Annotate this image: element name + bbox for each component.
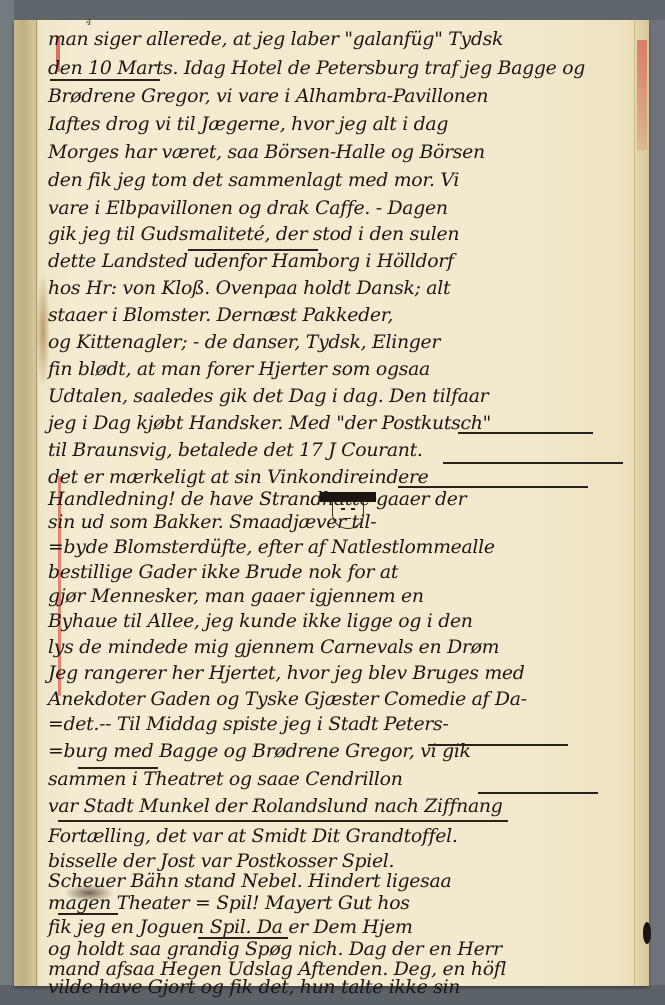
text-line: hos Hr: von Kloß. Ovenpaa holdt Dansk; a… [48, 277, 633, 299]
page-number: 4 [86, 18, 92, 28]
text-line: vare i Elbpavillonen og drak Caffe. - Da… [48, 197, 633, 219]
text-line: og Kittenagler; - de danser, Tydsk, Elin… [48, 331, 633, 353]
underline-rule [443, 462, 623, 464]
text-line: staaer i Blomster. Dernæst Pakkeder, [48, 304, 633, 326]
manuscript-page: 4 man siger allerede, at jeg laber "gala… [14, 20, 649, 986]
text-line: til Braunsvig, betalede det 17 J Courant… [48, 439, 633, 461]
text-line: fik jeg en Joguen Spil. Da er Dem Hjem [48, 916, 633, 938]
underline-rule [428, 744, 568, 746]
text-line: Morges har været, saa Börsen-Halle og Bö… [48, 141, 633, 163]
text-line: jeg i Dag kjøbt Handsker. Med "der Postk… [48, 412, 633, 434]
underline-rule [398, 486, 588, 488]
text-line: sammen i Theatret og saae Cendrillon [48, 768, 633, 790]
underline-rule [50, 79, 160, 81]
text-line: den fik jeg tom det sammenlagt med mor. … [48, 169, 633, 191]
text-line: det er mærkeligt at sin Vinkondireindere [48, 466, 633, 488]
text-line: =det.-- Til Middag spiste jeg i Stadt Pe… [48, 713, 633, 735]
text-line: Udtalen, saaledes gik det Dag i dag. Den… [48, 385, 633, 407]
text-line: den 10 Marts. Idag Hotel de Petersburg t… [48, 57, 633, 79]
face-sketch-icon [332, 500, 364, 529]
text-line: gjør Mennesker, man gaaer igjennem en [48, 585, 633, 607]
text-line: gik jeg til Gudsmaliteté, der stod i den… [48, 223, 633, 245]
underline-rule [188, 249, 318, 251]
underline-rule [478, 792, 598, 794]
page-binding-edge [14, 20, 37, 986]
text-line: Fortælling, det var at Smidt Dit Grandto… [48, 825, 633, 847]
red-edge-mark [637, 40, 647, 150]
text-line: Brødrene Gregor, vi vare i Alhambra-Pavi… [48, 85, 633, 107]
text-line: man siger allerede, at jeg laber "galanf… [48, 28, 633, 50]
text-line: Scheuer Bähn stand Nebel. Hindert ligesa… [48, 870, 633, 892]
underline-rule [58, 913, 118, 915]
text-line: dette Landsted udenfor Hamborg i Hölldor… [48, 250, 633, 272]
underline-rule [58, 820, 508, 822]
sketch-with-redaction [320, 492, 378, 540]
ink-blot [643, 922, 651, 944]
text-line: Iaftes drog vi til Jægerne, hvor jeg alt… [48, 113, 633, 135]
text-line: Anekdoter Gaden og Tyske Gjæster Comedie… [48, 688, 633, 710]
text-line: magen Theater = Spil! Mayert Gut hos [48, 892, 633, 914]
underline-rule [78, 767, 158, 769]
text-line: Byhaue til Allee, jeg kunde ikke ligge o… [48, 610, 633, 632]
text-line: fin blødt, at man forer Hjerter som ogsa… [48, 358, 633, 380]
text-line: bisselle der Jost var Postkosser Spiel. [48, 850, 633, 872]
background-top [0, 0, 665, 20]
text-line: vilde have Gjort og fik det, hun talte i… [48, 976, 633, 990]
text-line: bestillige Gader ikke Brude nok for at [48, 561, 633, 583]
underline-rule [458, 432, 593, 434]
text-line: Jeg rangerer her Hjertet, hvor jeg blev … [48, 662, 633, 684]
text-line: lys de mindede mig gjennem Carnevals en … [48, 636, 633, 658]
background-left [0, 0, 14, 1005]
text-line: og holdt saa grandig Spøg nich. Dag der … [48, 938, 633, 960]
text-line: var Stadt Munkel der Rolandslund nach Zi… [48, 795, 633, 817]
underline-rule [198, 937, 288, 939]
